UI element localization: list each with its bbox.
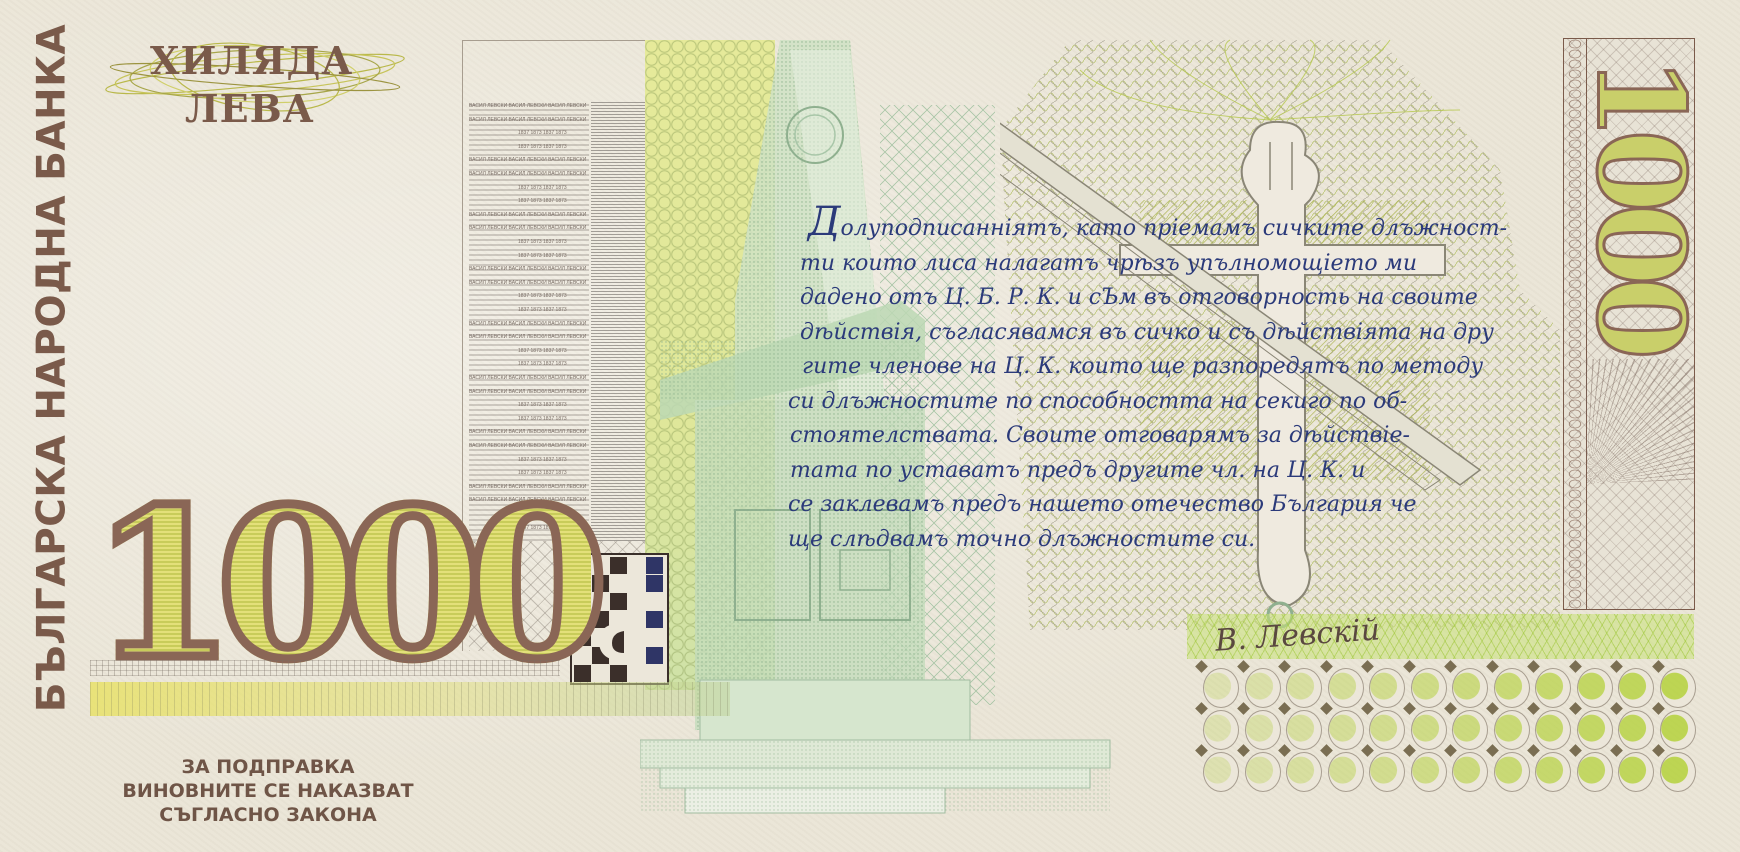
microtext-line: ВАСИЛ ЛЕВСКИ ВАСИЛ ЛЕВСКИ ВАСИЛ ЛЕВСКИ: [469, 389, 586, 395]
diamond-ornament-icon: [1527, 702, 1540, 715]
issuer-name: БЪЛГАРСКА НАРОДНА БАНКА: [30, 24, 75, 712]
oath-line: ще слѣдвамъ точно длъжностите си.: [788, 523, 1560, 558]
microtext-line: ВАСИЛ ЛЕВСКИ ВАСИЛ ЛЕВСКИ ВАСИЛ ЛЕВСКИ: [469, 212, 586, 218]
diamond-ornament-icon: [1610, 744, 1623, 757]
vertical-numeral-panel: 1000: [1563, 38, 1695, 610]
microtext-line: 1837 1873 1837 1873: [518, 457, 567, 463]
microtext-line: ВАСИЛ ЛЕВСКИ ВАСИЛ ЛЕВСКИ ВАСИЛ ЛЕВСКИ: [469, 334, 586, 340]
microtext-line: 1837 1873 1837 1873: [518, 144, 567, 150]
microtext-line: 1837 1873 1837 1873: [518, 185, 567, 191]
microtext-line: 1837 1873 1837 1873: [518, 307, 567, 313]
oath-line: стоятелствата. Своите отговарямъ за дѣйс…: [790, 419, 1560, 454]
register-cell: [610, 557, 627, 574]
lion-emblem-icon: [1203, 752, 1239, 792]
diamond-ornament-icon: [1278, 744, 1291, 757]
diamond-ornament-icon: [1652, 744, 1665, 757]
microtext-line: ВАСИЛ ЛЕВСКИ ВАСИЛ ЛЕВСКИ ВАСИЛ ЛЕВСКИ: [469, 117, 586, 123]
diamond-ornament-icon: [1569, 702, 1582, 715]
lion-emblem-icon: [1245, 710, 1281, 750]
diamond-ornament-icon: [1652, 702, 1665, 715]
microtext-line: 1837 1873 1837 1873: [518, 416, 567, 422]
lion-emblem-icon: [1452, 710, 1488, 750]
diamond-ornament-icon: [1320, 702, 1333, 715]
oath-line: олуподписанніятъ, като пріемамъ сичките …: [841, 216, 1508, 241]
lion-emblem-icon: [1411, 710, 1447, 750]
oath-line: си длъжностите по способността на секиго…: [788, 385, 1560, 420]
microtext-line: ВАСИЛ ЛЕВСКИ ВАСИЛ ЛЕВСКИ ВАСИЛ ЛЕВСКИ: [469, 157, 586, 163]
oath-initial: Д: [808, 199, 841, 245]
lion-emblem-icon: [1660, 668, 1696, 708]
microtext-line: ВАСИЛ ЛЕВСКИ ВАСИЛ ЛЕВСКИ ВАСИЛ ЛЕВСКИ: [469, 321, 586, 327]
diamond-ornament-icon: [1527, 744, 1540, 757]
lion-emblem-icon: [1660, 710, 1696, 750]
counterfeit-warning: ЗА ПОДПРАВКА ВИНОВНИТЕ СЕ НАКАЗВАТ СЪГЛА…: [118, 755, 418, 827]
diamond-ornament-icon: [1361, 744, 1374, 757]
diamond-ornament-icon: [1569, 660, 1582, 673]
lion-emblem-icon: [1618, 668, 1654, 708]
microtext-line: 1837 1873 1837 1873: [518, 130, 567, 136]
lion-emblem-icon: [1203, 710, 1239, 750]
oath-line: дадено отъ Ц. Б. Р. К. и сЪм въ отговорн…: [800, 281, 1560, 316]
denomination-numeral: 1000: [92, 505, 512, 685]
microtext-line: 1837 1873 1837 1873: [518, 253, 567, 259]
oath-line: тата по уставатъ предъ другите чл. на Ц.…: [790, 454, 1560, 489]
diamond-ornament-icon: [1195, 702, 1208, 715]
lion-emblem-icon: [1452, 668, 1488, 708]
microtext-line: 1837 1873 1837 1873: [518, 402, 567, 408]
diamond-ornament-icon: [1195, 744, 1208, 757]
handwritten-oath: Долуподписанніятъ, като пріемамъ сичките…: [800, 212, 1560, 557]
microtext-line: 1837 1873 1837 1873: [518, 293, 567, 299]
lion-emblem-icon: [1494, 710, 1530, 750]
diamond-ornament-icon: [1403, 702, 1416, 715]
lion-emblem-icon: [1286, 752, 1322, 792]
lion-emblem-icon: [1203, 668, 1239, 708]
lion-emblem-icon: [1452, 752, 1488, 792]
diamond-ornament-icon: [1237, 702, 1250, 715]
lion-emblem-icon: [1577, 710, 1613, 750]
register-cell: [610, 665, 627, 682]
lion-emblem-icon: [1577, 668, 1613, 708]
diamond-ornament-icon: [1444, 660, 1457, 673]
microtext-line: ВАСИЛ ЛЕВСКИ ВАСИЛ ЛЕВСКИ ВАСИЛ ЛЕВСКИ: [469, 171, 586, 177]
diamond-ornament-icon: [1444, 744, 1457, 757]
diamond-ornament-icon: [1361, 660, 1374, 673]
lion-emblem-icon: [1245, 668, 1281, 708]
diamond-ornament-icon: [1320, 744, 1333, 757]
microtext-line: 1837 1873 1837 1873: [518, 348, 567, 354]
lion-emblem-icon: [1618, 710, 1654, 750]
microtext-line: 1837 1873 1837 1873: [518, 239, 567, 245]
lion-emblem-icon: [1328, 710, 1364, 750]
lion-emblem-icon: [1535, 668, 1571, 708]
diamond-ornament-icon: [1444, 702, 1457, 715]
diamond-ornament-icon: [1195, 660, 1208, 673]
diamond-ornament-icon: [1237, 660, 1250, 673]
lion-emblem-icon: [1369, 668, 1405, 708]
diamond-ornament-icon: [1610, 660, 1623, 673]
diamond-ornament-icon: [1278, 702, 1291, 715]
denomination-word-2: ЛЕВА: [185, 86, 315, 131]
oath-line: се заклевамъ предъ нашето отечество Бълг…: [788, 488, 1560, 523]
diamond-ornament-icon: [1403, 744, 1416, 757]
diamond-ornament-icon: [1527, 660, 1540, 673]
lion-emblem-icon: [1618, 752, 1654, 792]
lion-emblem-icon: [1660, 752, 1696, 792]
lion-emblem-grid: [1195, 660, 1695, 790]
microtext-line: 1837 1873 1837 1873: [518, 198, 567, 204]
microtext-line: 1837 1873 1837 1873: [518, 361, 567, 367]
diamond-ornament-icon: [1320, 660, 1333, 673]
lion-emblem-icon: [1535, 710, 1571, 750]
diamond-ornament-icon: [1610, 702, 1623, 715]
lion-emblem-icon: [1369, 752, 1405, 792]
diamond-ornament-icon: [1403, 660, 1416, 673]
denomination-word-1: ХИЛЯДА: [150, 38, 353, 83]
microtext-line: ВАСИЛ ЛЕВСКИ ВАСИЛ ЛЕВСКИ ВАСИЛ ЛЕВСКИ: [469, 375, 586, 381]
microtext-line: ВАСИЛ ЛЕВСКИ ВАСИЛ ЛЕВСКИ ВАСИЛ ЛЕВСКИ: [469, 443, 586, 449]
lion-emblem-icon: [1369, 710, 1405, 750]
lion-emblem-icon: [1494, 668, 1530, 708]
register-cell: [592, 575, 609, 592]
lion-emblem-icon: [1245, 752, 1281, 792]
lion-emblem-icon: [1577, 752, 1613, 792]
microtext-line: ВАСИЛ ЛЕВСКИ ВАСИЛ ЛЕВСКИ ВАСИЛ ЛЕВСКИ: [469, 225, 586, 231]
microtext-line: ВАСИЛ ЛЕВСКИ ВАСИЛ ЛЕВСКИ ВАСИЛ ЛЕВСКИ: [469, 103, 586, 109]
ray-pattern: [1586, 359, 1694, 484]
diamond-ornament-icon: [1278, 660, 1291, 673]
lion-emblem-icon: [1286, 668, 1322, 708]
lion-emblem-icon: [1286, 710, 1322, 750]
line-band: [90, 660, 560, 676]
yellow-band: [90, 682, 730, 716]
lion-emblem-icon: [1328, 752, 1364, 792]
diamond-ornament-icon: [1237, 744, 1250, 757]
diamond-ornament-icon: [1486, 744, 1499, 757]
lion-emblem-icon: [1494, 752, 1530, 792]
register-cell: [646, 557, 663, 574]
warning-line-3: СЪГЛАСНО ЗАКОНА: [118, 803, 418, 827]
warning-line-1: ЗА ПОДПРАВКА: [118, 755, 418, 779]
microtext-line: ВАСИЛ ЛЕВСКИ ВАСИЛ ЛЕВСКИ ВАСИЛ ЛЕВСКИ: [469, 429, 586, 435]
lion-emblem-icon: [1411, 752, 1447, 792]
diamond-ornament-icon: [1486, 702, 1499, 715]
diamond-ornament-icon: [1486, 660, 1499, 673]
lion-emblem-icon: [1411, 668, 1447, 708]
oath-line: дѣйствія, съгласявамся въ сичко и съ дѣй…: [800, 316, 1560, 351]
oath-line: гите членове на Ц. К. които ще разпоредя…: [800, 350, 1560, 385]
vertical-numeral: 1000: [1570, 56, 1711, 350]
register-mark-icon: [594, 603, 654, 665]
denomination-words: ХИЛЯДА ЛЕВА: [95, 32, 415, 132]
banknote: БЪЛГАРСКА НАРОДНА БАНКА ХИЛЯДА ЛЕВА ВАСИ…: [0, 0, 1740, 852]
diamond-ornament-icon: [1569, 744, 1582, 757]
diamond-ornament-icon: [1652, 660, 1665, 673]
warning-line-2: ВИНОВНИТЕ СЕ НАКАЗВАТ: [118, 779, 418, 803]
oath-line: ти които лиса налагатъ чрѣзъ упълномощіе…: [800, 247, 1560, 282]
microtext-line: ВАСИЛ ЛЕВСКИ ВАСИЛ ЛЕВСКИ ВАСИЛ ЛЕВСКИ: [469, 266, 586, 272]
diamond-ornament-icon: [1361, 702, 1374, 715]
microtext-line: ВАСИЛ ЛЕВСКИ ВАСИЛ ЛЕВСКИ ВАСИЛ ЛЕВСКИ: [469, 280, 586, 286]
register-cell: [646, 575, 663, 592]
issuer-vertical-text: БЪЛГАРСКА НАРОДНА БАНКА: [22, 38, 82, 698]
lion-emblem-icon: [1535, 752, 1571, 792]
lion-emblem-icon: [1328, 668, 1364, 708]
